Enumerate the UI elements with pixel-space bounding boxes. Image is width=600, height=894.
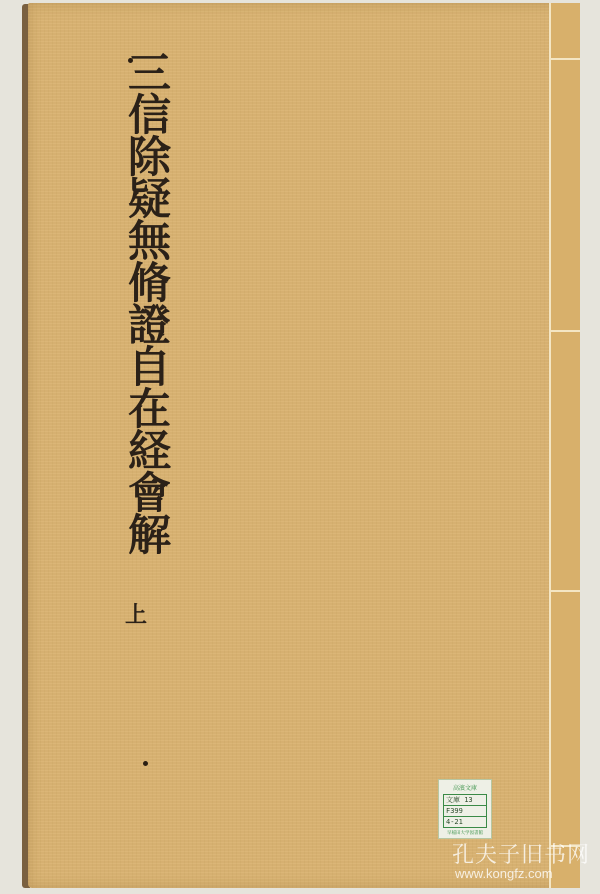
label-institution: 早稲田大学図書館 <box>439 830 491 836</box>
label-collection: 高濱文庫 <box>439 783 491 792</box>
binding-strip <box>549 3 580 888</box>
stitch-top <box>550 58 580 60</box>
label-call-number-box: 文庫 13 F399 4-21 <box>443 794 487 828</box>
stitch-lower-middle <box>550 590 580 592</box>
watermark-text: 孔夫子旧书网 <box>452 838 590 869</box>
stitch-upper-middle <box>550 330 580 332</box>
watermark-url: www.kongfz.com <box>455 866 553 881</box>
label-line-3: 4-21 <box>444 817 486 827</box>
book-title: 三信除疑無脩證自在経會解 <box>112 50 172 554</box>
binding-thread <box>549 3 551 888</box>
library-label: 高濱文庫 文庫 13 F399 4-21 早稲田大学図書館 <box>438 779 492 839</box>
volume-mark: 上 <box>125 598 147 629</box>
label-line-1: 文庫 13 <box>444 795 486 806</box>
ink-dot-mark <box>143 761 148 766</box>
label-line-2: F399 <box>444 806 486 817</box>
book-cover <box>28 3 580 888</box>
